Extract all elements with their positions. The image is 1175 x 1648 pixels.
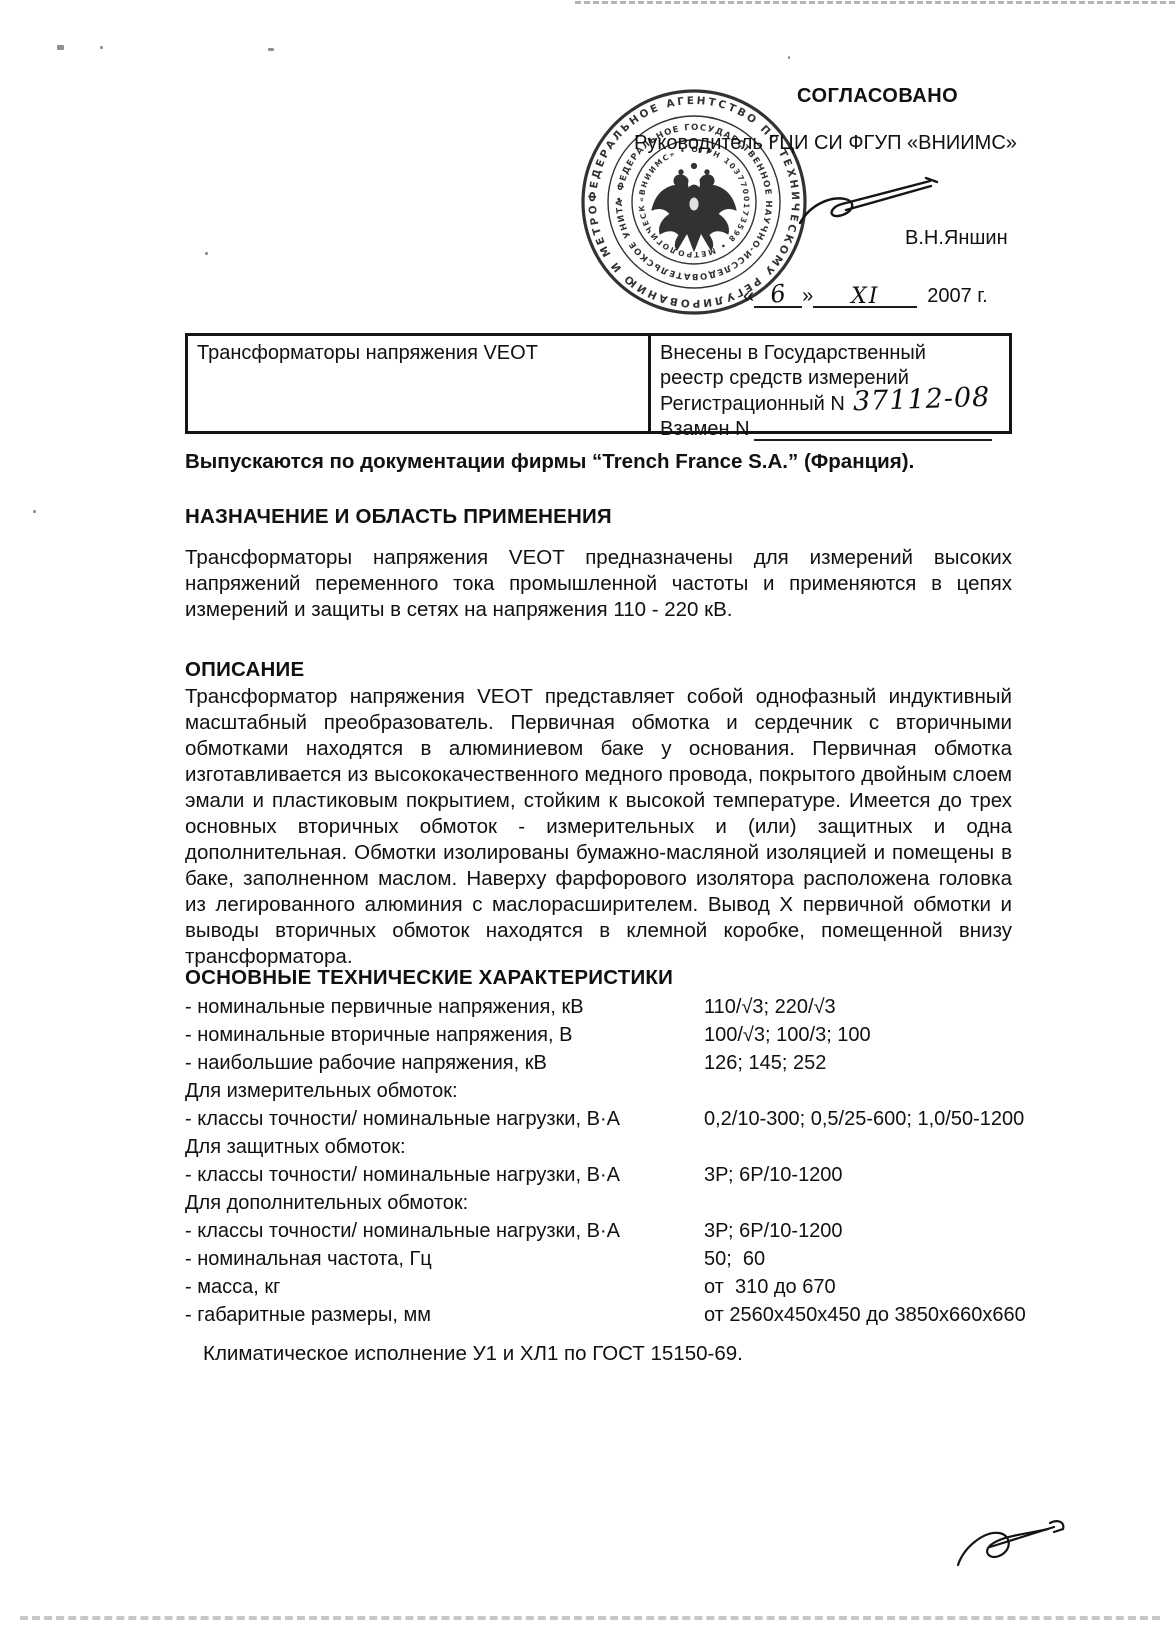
spec-label: - наибольшие рабочие напряжения, кВ: [185, 1052, 704, 1075]
spec-row: - классы точности/ номинальные нагрузки,…: [185, 1220, 1015, 1248]
spec-value: от 310 до 670: [704, 1276, 836, 1299]
replaces-line: Взамен N: [660, 417, 1009, 442]
description-paragraph: Трансформатор напряжения VEOT представля…: [185, 684, 1012, 970]
spec-row: - классы точности/ номинальные нагрузки,…: [185, 1108, 1015, 1136]
registry-table: Трансформаторы напряжения VEOT Внесены в…: [185, 333, 1012, 434]
spec-label: - классы точности/ номинальные нагрузки,…: [185, 1108, 704, 1131]
spec-value: 110/√3; 220/√3: [704, 996, 836, 1019]
bottom-signature-mark: [950, 1515, 1080, 1580]
registration-number-line: Регистрационный N37112-08: [660, 390, 1009, 417]
spec-row: - номинальная частота, Гц50; 60: [185, 1248, 1015, 1276]
scan-speck: [268, 48, 274, 51]
issued-by-line: Выпускаются по документации фирмы “Trenc…: [185, 450, 914, 474]
spec-value: 50; 60: [704, 1248, 765, 1271]
spec-row: - масса, кгот 310 до 670: [185, 1276, 1015, 1304]
spec-label: Для защитных обмоток:: [185, 1136, 704, 1159]
spec-label: Для дополнительных обмоток:: [185, 1192, 704, 1215]
date-close-quote: »: [802, 285, 813, 307]
replaces-label: Взамен N: [660, 418, 750, 440]
scan-artifact-bottom-line: [20, 1616, 1160, 1620]
scan-speck: [57, 45, 64, 50]
purpose-paragraph: Трансформаторы напряжения VEOT предназна…: [185, 545, 1012, 623]
scan-speck: [100, 46, 103, 49]
stamp-inner-ring-text: «ВНИИМС» • ОГРН 1037700173598 • МЕТРОЛОГ…: [580, 88, 751, 259]
spec-label: - классы точности/ номинальные нагрузки,…: [185, 1220, 704, 1243]
scan-artifact-top-line: [575, 1, 1175, 4]
spec-value: 3Р; 6Р/10-1200: [704, 1220, 843, 1243]
approver-title: Руководитель ГЦИ СИ ФГУП «ВНИИМС»: [634, 132, 1017, 155]
handwritten-day: 6: [769, 279, 788, 309]
svg-text:«ВНИИМС» • ОГРН 1037700173598: «ВНИИМС» • ОГРН 1037700173598 • МЕТРОЛОГ…: [580, 88, 751, 259]
handwritten-registration-number: 37112-08: [852, 386, 990, 415]
approved-label: СОГЛАСОВАНО: [797, 85, 958, 108]
scan-speck: [33, 510, 36, 513]
spec-value: 100/√3; 100/3; 100: [704, 1024, 871, 1047]
spec-label: - классы точности/ номинальные нагрузки,…: [185, 1164, 704, 1187]
date-open-quote: «: [743, 285, 754, 307]
double-headed-eagle-emblem: [652, 163, 736, 251]
spec-label: - масса, кг: [185, 1276, 704, 1299]
spec-value: 3Р; 6Р/10-1200: [704, 1164, 843, 1187]
registry-entry-cell: Внесены в Государственный реестр средств…: [651, 336, 1009, 431]
spec-label: - габаритные размеры, мм: [185, 1304, 704, 1327]
approval-date-row: «6»XI2007 г.: [743, 278, 988, 308]
spec-value: 126; 145; 252: [704, 1052, 826, 1075]
purpose-heading: НАЗНАЧЕНИЕ И ОБЛАСТЬ ПРИМЕНЕНИЯ: [185, 505, 612, 529]
spec-label: - номинальные вторичные напряжения, В: [185, 1024, 704, 1047]
scan-speck: [788, 56, 790, 59]
registry-entry-line1: Внесены в Государственный: [660, 341, 1009, 366]
registry-product-cell: Трансформаторы напряжения VEOT: [188, 336, 651, 431]
spec-row: - номинальные первичные напряжения, кВ11…: [185, 996, 1015, 1024]
date-year: 2007 г.: [927, 285, 987, 307]
replaces-number-blank: [754, 420, 992, 441]
spec-label: - номинальные первичные напряжения, кВ: [185, 996, 704, 1019]
specs-list: - номинальные первичные напряжения, кВ11…: [185, 996, 1015, 1332]
spec-value: от 2560х450х450 до 3850х660х660: [704, 1304, 1026, 1327]
spec-label: Для измерительных обмоток:: [185, 1080, 704, 1103]
date-month-blank: XI: [813, 281, 917, 308]
spec-row: Для защитных обмоток:: [185, 1136, 1015, 1164]
scanned-document-page: ФЕДЕРАЛЬНОЕ АГЕНТСТВО ПО ТЕХНИЧЕСКОМУ РЕ…: [0, 0, 1175, 1648]
spec-row: - габаритные размеры, ммот 2560х450х450 …: [185, 1304, 1015, 1332]
spec-row: - классы точности/ номинальные нагрузки,…: [185, 1164, 1015, 1192]
climate-note: Климатическое исполнение У1 и ХЛ1 по ГОС…: [203, 1342, 743, 1366]
spec-row: - наибольшие рабочие напряжения, кВ126; …: [185, 1052, 1015, 1080]
spec-value: 0,2/10-300; 0,5/25-600; 1,0/50-1200: [704, 1108, 1024, 1131]
specs-heading: ОСНОВНЫЕ ТЕХНИЧЕСКИЕ ХАРАКТЕРИСТИКИ: [185, 966, 673, 990]
spec-label: - номинальная частота, Гц: [185, 1248, 704, 1271]
registration-label: Регистрационный N: [660, 393, 845, 415]
handwritten-month: XI: [851, 284, 879, 309]
scan-speck: [205, 252, 208, 255]
approver-signature: [780, 165, 945, 235]
spec-row: - номинальные вторичные напряжения, В100…: [185, 1024, 1015, 1052]
date-day-blank: 6: [754, 278, 802, 308]
spec-row: Для измерительных обмоток:: [185, 1080, 1015, 1108]
spec-row: Для дополнительных обмоток:: [185, 1192, 1015, 1220]
description-heading: ОПИСАНИЕ: [185, 658, 304, 682]
